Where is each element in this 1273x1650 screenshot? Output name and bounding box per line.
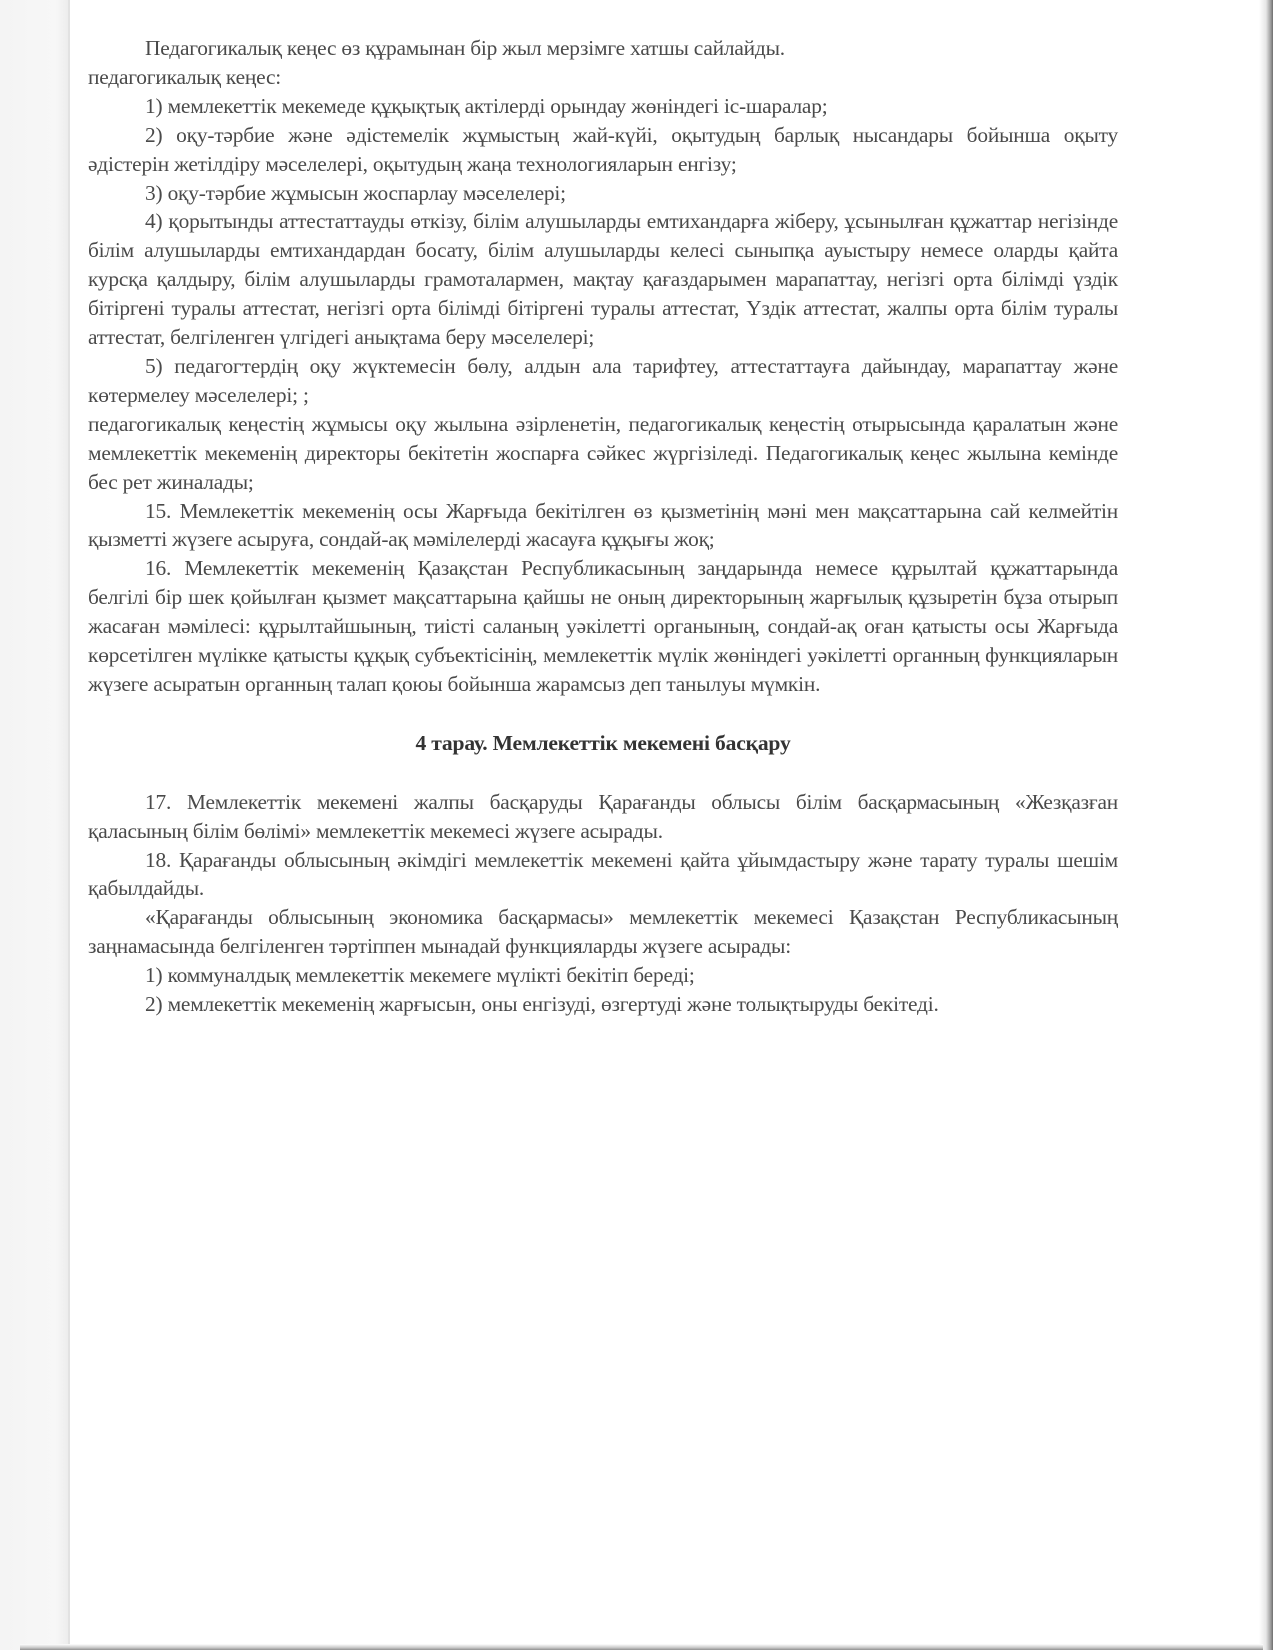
paragraph-council-intro: педагогикалық кеңес: bbox=[88, 63, 1118, 92]
list-item-2: 2) оқу-тәрбие және әдістемелік жұмыстың … bbox=[88, 121, 1118, 179]
scan-right-page-edge-shadow bbox=[1259, 0, 1273, 1650]
function-item-1: 1) коммуналдық мемлекеттік мекемеге мүлі… bbox=[88, 961, 1118, 990]
paragraph-secretary-election: Педагогикалық кеңес өз құрамынан бір жыл… bbox=[88, 34, 1118, 63]
paragraph-council-work-plan: педагогикалық кеңестің жұмысы оқу жылына… bbox=[88, 410, 1118, 497]
clause-16: 16. Мемлекеттік мекеменің Қазақстан Респ… bbox=[88, 554, 1118, 699]
section-body-after-heading: 17. Мемлекеттік мекемені жалпы басқаруды… bbox=[88, 788, 1118, 1019]
clause-17: 17. Мемлекеттік мекемені жалпы басқаруды… bbox=[88, 788, 1118, 846]
list-item-3: 3) оқу-тәрбие жұмысын жоспарлау мәселеле… bbox=[88, 179, 1118, 208]
section-body-before-heading: Педагогикалық кеңес өз құрамынан бір жыл… bbox=[88, 34, 1118, 699]
scan-left-margin-strip bbox=[0, 0, 70, 1650]
clause-15: 15. Мемлекеттік мекеменің осы Жарғыда бе… bbox=[88, 497, 1118, 555]
document-page: Педагогикалық кеңес өз құрамынан бір жыл… bbox=[88, 34, 1118, 1019]
function-item-2: 2) мемлекеттік мекеменің жарғысын, оны е… bbox=[88, 990, 1118, 1019]
list-item-4: 4) қорытынды аттестаттауды өткізу, білім… bbox=[88, 207, 1118, 352]
clause-18: 18. Қарағанды облысының әкімдігі мемлеке… bbox=[88, 846, 1118, 904]
paragraph-economy-department: «Қарағанды облысының экономика басқармас… bbox=[88, 903, 1118, 961]
scan-bottom-page-edge bbox=[20, 1644, 1263, 1650]
list-item-1: 1) мемлекеттік мекемеде құқықтық актілер… bbox=[88, 92, 1118, 121]
list-item-5: 5) педагогтердің оқу жүктемесін бөлу, ал… bbox=[88, 352, 1118, 410]
section-heading-chapter-4: 4 тарау. Мемлекеттік мекемені басқару bbox=[88, 699, 1118, 788]
